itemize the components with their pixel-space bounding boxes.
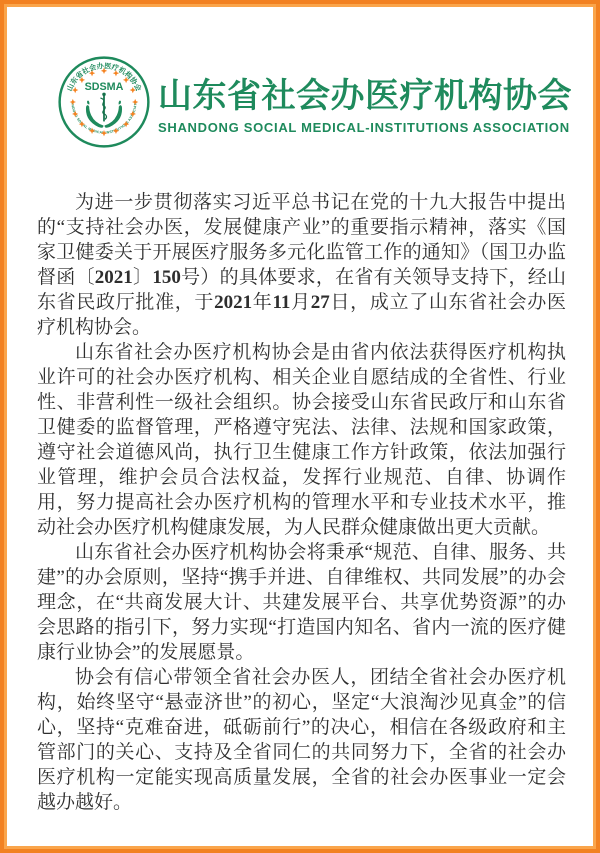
association-title-block: 山东省社会办医疗机构协会 SHANDONG SOCIAL MEDICAL-INS… [158, 74, 572, 135]
paragraph-number: 11 [272, 292, 290, 313]
paragraph: 山东省社会办医疗机构协会将秉承“规范、自律、服务、共建”的办会原则，坚持“携手并… [37, 540, 566, 665]
paragraph-text: 山东省社会办医疗机构协会将秉承“规范、自律、服务、共建”的办会原则，坚持“携手并… [37, 542, 566, 663]
paragraph: 山东省社会办医疗机构协会是由省内依法获得医疗机构执业许可的社会办医疗机构、相关企… [37, 340, 566, 540]
association-logo: 山东省社会办医疗机构协会 SHANDONG SOCIAL MEDICAL-INS… [58, 56, 150, 153]
document-page: 山东省社会办医疗机构协会 SHANDONG SOCIAL MEDICAL-INS… [7, 7, 593, 846]
paragraph-text: 〕 [133, 267, 153, 288]
association-title-cn: 山东省社会办医疗机构协会 [158, 76, 572, 117]
paragraph-number: 2021 [214, 292, 252, 313]
page-inner-frame: 山东省社会办医疗机构协会 SHANDONG SOCIAL MEDICAL-INS… [4, 4, 596, 849]
paragraph-text: 协会有信心带领全省社会办医人，团结全省社会办医疗机构，始终坚守“悬壶济世”的初心… [37, 667, 566, 813]
association-title-en: SHANDONG SOCIAL MEDICAL-INSTITUTIONS ASS… [158, 120, 572, 135]
paragraph-number: 27 [311, 292, 330, 313]
paragraph: 为进一步贯彻落实习近平总书记在党的十九大报告中提出的“支持社会办医，发展健康产业… [37, 190, 566, 340]
paragraph-text: 山东省社会办医疗机构协会是由省内依法获得医疗机构执业许可的社会办医疗机构、相关企… [37, 342, 566, 538]
paragraph-number: 150 [152, 267, 181, 288]
page-frame: 山东省社会办医疗机构协会 SHANDONG SOCIAL MEDICAL-INS… [0, 0, 600, 853]
association-logo-icon: 山东省社会办医疗机构协会 SHANDONG SOCIAL MEDICAL-INS… [58, 56, 150, 148]
association-header: 山东省社会办医疗机构协会 SHANDONG SOCIAL MEDICAL-INS… [37, 56, 566, 153]
paragraph-text: 月 [290, 292, 310, 313]
logo-acronym: SDSMA [85, 81, 124, 93]
paragraph: 协会有信心带领全省社会办医人，团结全省社会办医疗机构，始终坚守“悬壶济世”的初心… [37, 665, 566, 815]
paragraph-text: 年 [252, 292, 272, 313]
document-body: 为进一步贯彻落实习近平总书记在党的十九大报告中提出的“支持社会办医，发展健康产业… [37, 190, 566, 815]
paragraph-number: 2021 [95, 267, 133, 288]
